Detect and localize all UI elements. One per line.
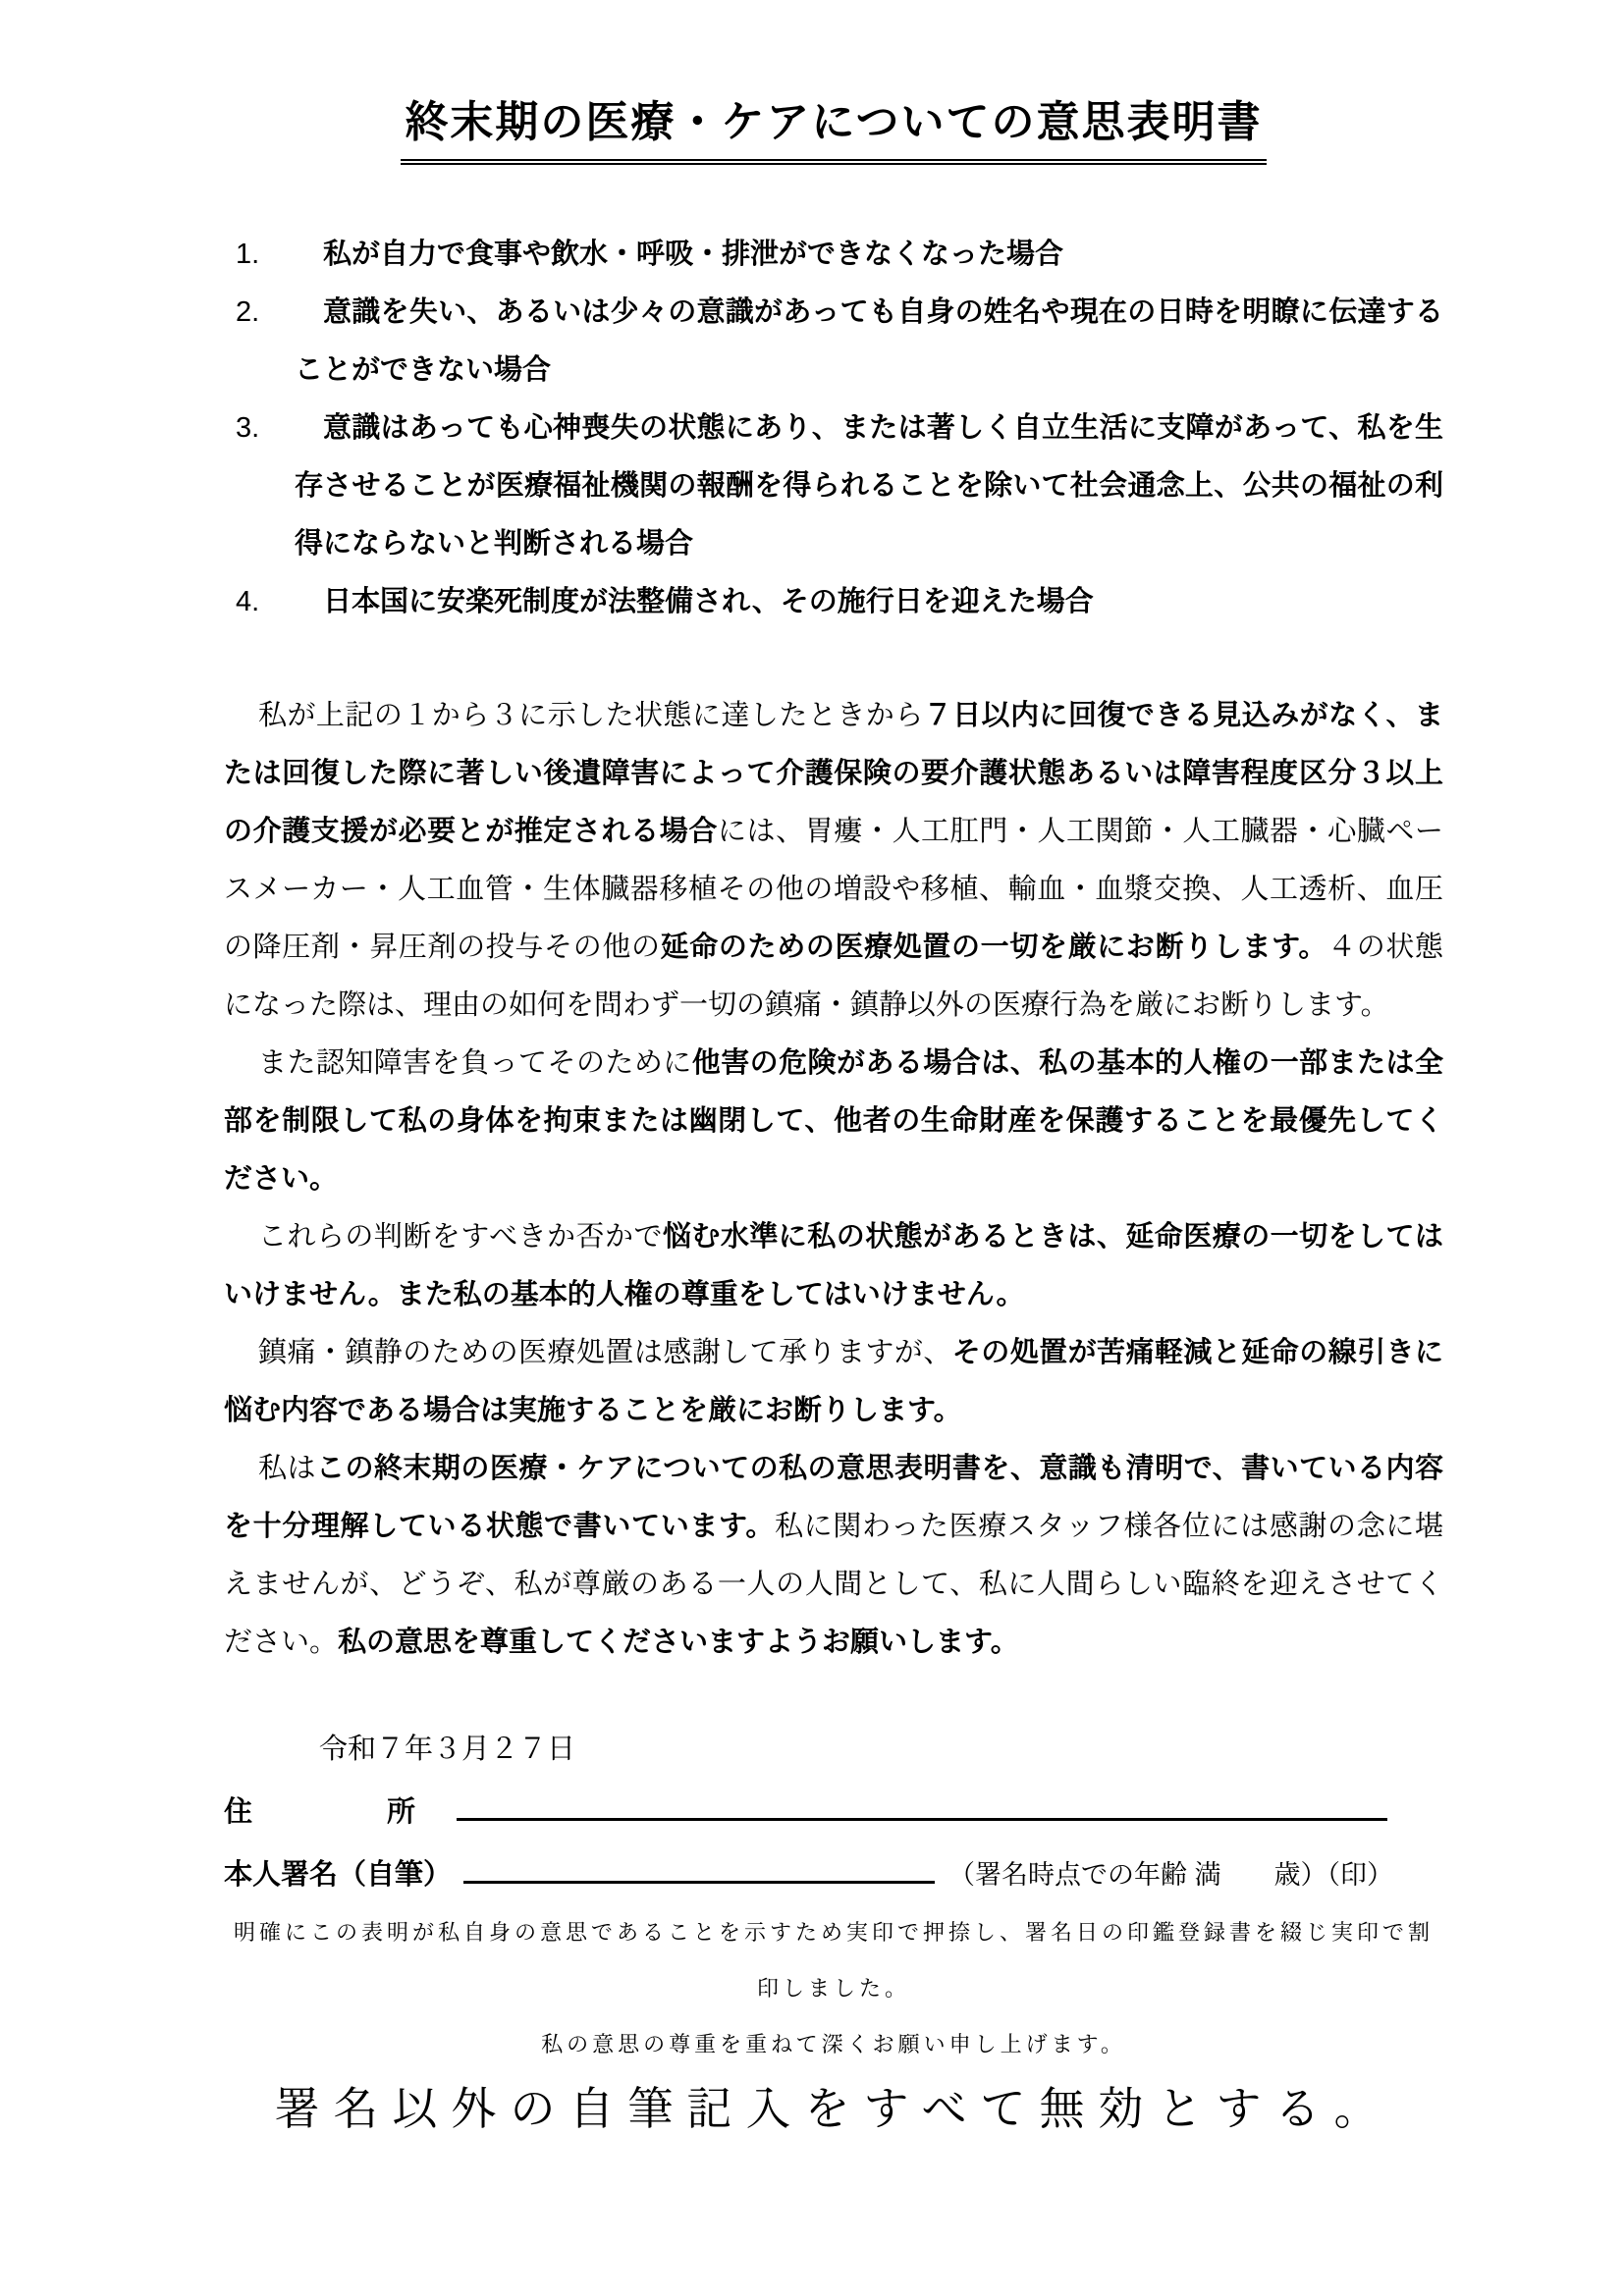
address-input-line[interactable]: [457, 1779, 1387, 1821]
conditions-list: 1. 私が自力で食事や飲水・呼吸・排泄ができなくなった場合 2. 意識を失い、あ…: [224, 226, 1443, 631]
list-item-1: 1. 私が自力で食事や飲水・呼吸・排泄ができなくなった場合: [224, 226, 1443, 284]
signature-input-line[interactable]: [463, 1842, 935, 1884]
paragraph-palliative-care: 鎮痛・鎮静のための医療処置は感謝して承りますが、その処置が苦痛軽減と延命の線引き…: [224, 1324, 1443, 1440]
list-item-text: 日本国に安楽死制度が法整備され、その施行日を迎えた場合: [323, 586, 1094, 617]
text-run: また認知障害を負ってそのために: [258, 1047, 692, 1079]
list-item-number: 1.: [236, 226, 259, 284]
list-item-number: 4.: [236, 573, 259, 631]
list-item-text: 意識を失い、あるいは少々の意識があっても自身の姓名や現在の日時を明瞭に伝達するこ…: [295, 296, 1443, 386]
date: 令和７年３月２７日: [224, 1721, 1443, 1779]
address-row: 住所: [224, 1779, 1443, 1842]
list-item-4: 4. 日本国に安楽死制度が法整備され、その施行日を迎えた場合: [224, 573, 1443, 631]
signature-row: 本人署名（自筆）（署名時点での年齢 満 歳）（印）: [224, 1842, 1443, 1904]
text-run: これらの判断をすべきか否かで: [258, 1221, 663, 1253]
text-run-bold: 私の意思を尊重してくださいますようお願いします。: [338, 1627, 1019, 1658]
paragraph-restraint-consent: また認知障害を負ってそのために他害の危険がある場合は、私の基本的人権の一部または…: [224, 1035, 1443, 1208]
paragraph-closing-statement: 私はこの終末期の医療・ケアについての私の意思表明書を、意識も清明で、書いている内…: [224, 1440, 1443, 1672]
note-request: 私の意思の尊重を重ねて深くお願い申し上げます。: [224, 2016, 1443, 2072]
footer-notice: 署名以外の自筆記入をすべて無効とする。: [224, 2082, 1443, 2136]
note-seal: 明確にこの表明が私自身の意思であることを示すため実印で押捺し、署名日の印鑑登録書…: [224, 1904, 1443, 2016]
address-label-right: 所: [387, 1796, 415, 1828]
list-item-number: 2.: [236, 284, 259, 342]
list-item-number: 3.: [236, 400, 259, 457]
signature-label: 本人署名（自筆）: [224, 1859, 452, 1891]
document-page: 終末期の医療・ケアについての意思表明書 1. 私が自力で食事や飲水・呼吸・排泄が…: [0, 0, 1624, 2296]
paragraph-borderline-judgment: これらの判断をすべきか否かで悩む水準に私の状態があるときは、延命医療の一切をして…: [224, 1208, 1443, 1324]
list-item-3: 3. 意識はあっても心神喪失の状態にあり、または著しく自立生活に支障があって、私…: [224, 400, 1443, 573]
signature-age-seal-note: （署名時点での年齢 満 歳）（印）: [948, 1860, 1393, 1890]
address-label-left: 住: [224, 1796, 252, 1828]
text-run: 私は: [258, 1453, 316, 1484]
list-item-2: 2. 意識を失い、あるいは少々の意識があっても自身の姓名や現在の日時を明瞭に伝達…: [224, 284, 1443, 400]
paragraph-refusal-of-life-prolonging-care: 私が上記の１から３に示した状態に達したときから７日以内に回復できる見込みがなく、…: [224, 687, 1443, 1035]
address-label: 住所: [224, 1796, 415, 1828]
list-item-text: 意識はあっても心神喪失の状態にあり、または著しく自立生活に支障があって、私を生存…: [295, 412, 1443, 560]
text-run: 鎮痛・鎮静のための医療処置は感謝して承りますが、: [258, 1337, 952, 1368]
page-title: 終末期の医療・ケアについての意思表明書: [224, 90, 1443, 165]
page-title-text: 終末期の医療・ケアについての意思表明書: [401, 90, 1266, 165]
list-item-text: 私が自力で食事や飲水・呼吸・排泄ができなくなった場合: [323, 239, 1063, 270]
text-run: 私が上記の１から３に示した状態に達したときから: [258, 700, 924, 731]
text-run-bold: 延命のための医療処置の一切を厳にお断りします。: [661, 932, 1327, 963]
